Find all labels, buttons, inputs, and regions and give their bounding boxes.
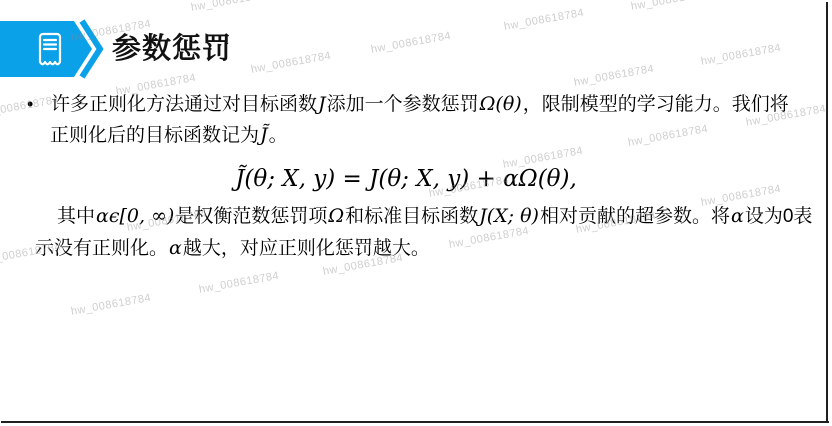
watermark-text: hw_008618784 — [503, 7, 585, 33]
text-token: 是权衡范数惩罚项 — [175, 206, 327, 227]
body-line-3: 其中αϵ[0, ∞)是权衡范数惩罚项Ω和标准目标函数J(X; θ)相对贡献的超参… — [57, 204, 812, 229]
body-line-4: 示没有正则化。α越大，对应正则化惩罚越大。 — [35, 236, 430, 261]
text-token: 设为0表 — [745, 206, 813, 227]
text-token: 越大，对应正则化惩罚越大。 — [183, 238, 430, 259]
math-token: α — [168, 237, 183, 259]
math-token: J̃ — [259, 124, 269, 146]
math-token: Ω(θ) — [479, 93, 523, 115]
watermark-text: hw_008618784 — [250, 50, 332, 76]
formula-line: J̃(θ; X, y) = J(θ; X, y) + αΩ(θ), — [0, 163, 812, 194]
bullet-icon: • — [27, 92, 33, 116]
body-line-2: 正则化后的目标函数记为J̃。 — [50, 123, 288, 148]
math-token: J̃(θ; X, y) = J(θ; X, y) + αΩ(θ), — [234, 166, 578, 192]
watermark-text: hw_008618784 — [627, 123, 709, 149]
watermark-text: hw_008618784 — [630, 0, 712, 13]
math-token: J(X; θ) — [478, 205, 540, 227]
text-token: ，限制模型的学习能力。我们将 — [523, 94, 789, 115]
watermark-text: hw_008618784 — [190, 0, 272, 14]
body-line-1: 许多正则化方法通过对目标函数J添加一个参数惩罚Ω(θ)，限制模型的学习能力。我们… — [51, 92, 789, 117]
text-token: 相对贡献的超参数。将 — [540, 206, 730, 227]
math-token: J — [317, 93, 327, 115]
watermark-text: hw_008618784 — [700, 42, 782, 68]
math-token: Ω — [327, 205, 345, 227]
watermark-text: hw_008618784 — [370, 30, 452, 56]
text-token: 许多正则化方法通过对目标函数 — [51, 94, 317, 115]
watermark-text: hw_008618784 — [198, 270, 280, 296]
text-token: 添加一个参数惩罚 — [327, 94, 479, 115]
right-border — [826, 2, 828, 423]
text-token: 其中 — [57, 206, 95, 227]
math-token: α — [730, 205, 745, 227]
text-token: 。 — [269, 125, 288, 146]
slide-page: 参数惩罚 • 许多正则化方法通过对目标函数J添加一个参数惩罚Ω(θ)，限制模型的… — [0, 0, 832, 426]
watermark-text: hw_008618784 — [70, 292, 152, 318]
math-token: αϵ[0, ∞) — [95, 205, 175, 227]
bottom-border — [1, 421, 829, 423]
text-token: 和标准目标函数 — [345, 206, 478, 227]
watermark-text: hw_008618784 — [573, 63, 655, 89]
page-title: 参数惩罚 — [112, 18, 232, 80]
title-badge — [0, 18, 110, 80]
text-token: 正则化后的目标函数记为 — [50, 125, 259, 146]
text-token: 示没有正则化。 — [35, 238, 168, 259]
